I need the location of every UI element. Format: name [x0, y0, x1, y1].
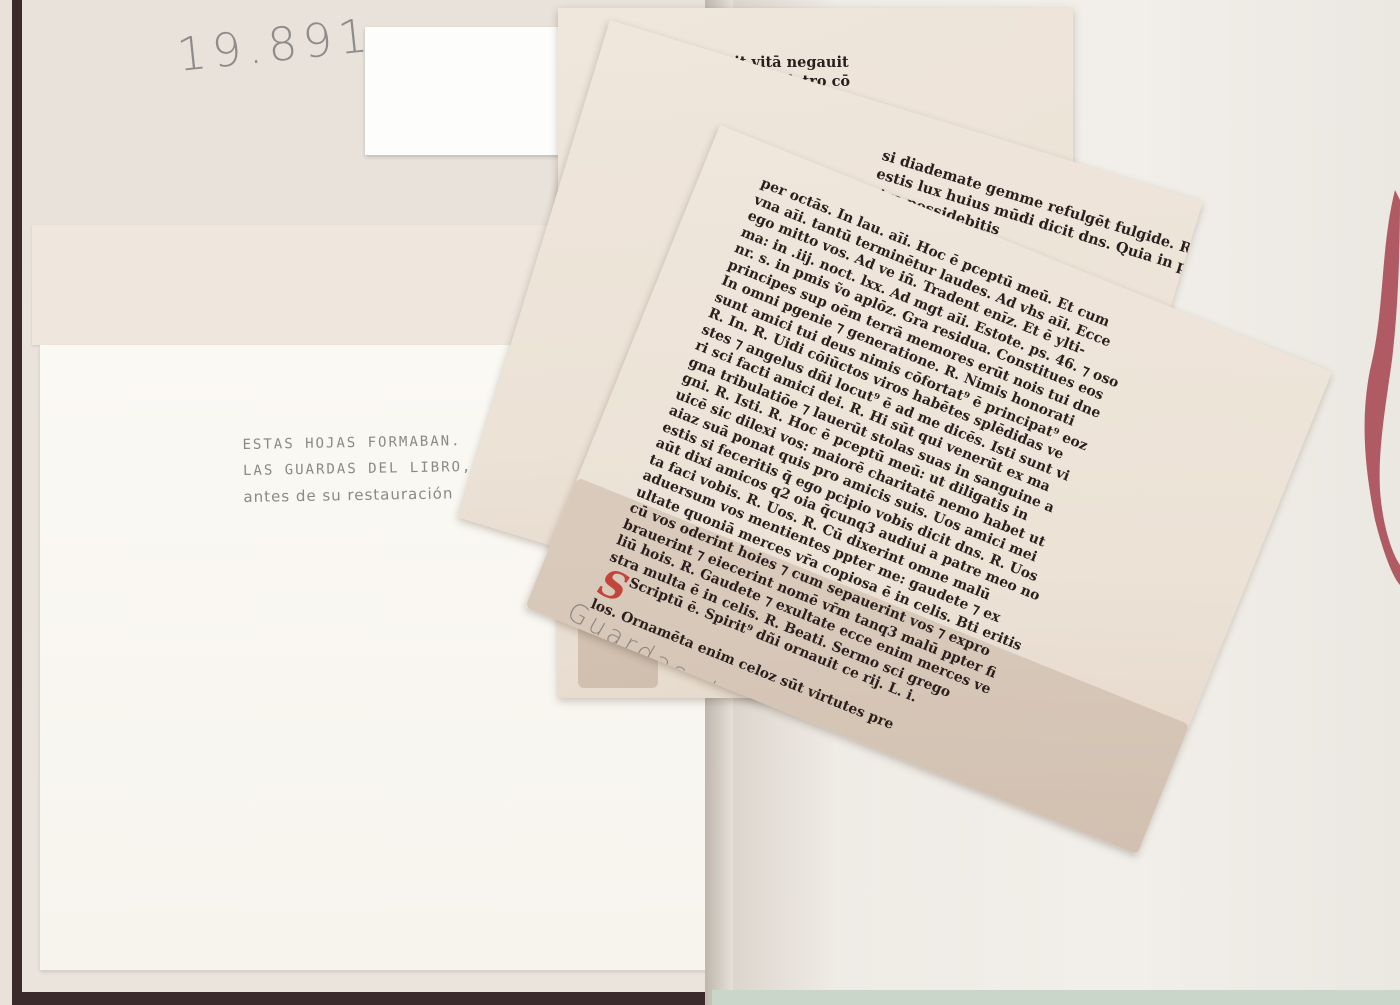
ribbon-bookmark	[1340, 190, 1400, 590]
pocket-envelope	[32, 225, 562, 345]
white-label	[365, 27, 560, 155]
leather-edge	[12, 0, 22, 1005]
card-note: ESTAS HOJAS FORMABAN. LAS GUARDAS DEL LI…	[242, 428, 473, 510]
note-line: antes de su restauración	[243, 480, 473, 510]
note-line: LAS GUARDAS DEL LIBRO,	[243, 454, 473, 484]
leather-bottom	[12, 992, 712, 1005]
green-edge	[712, 990, 1400, 1005]
note-line: ESTAS HOJAS FORMABAN.	[242, 428, 472, 458]
